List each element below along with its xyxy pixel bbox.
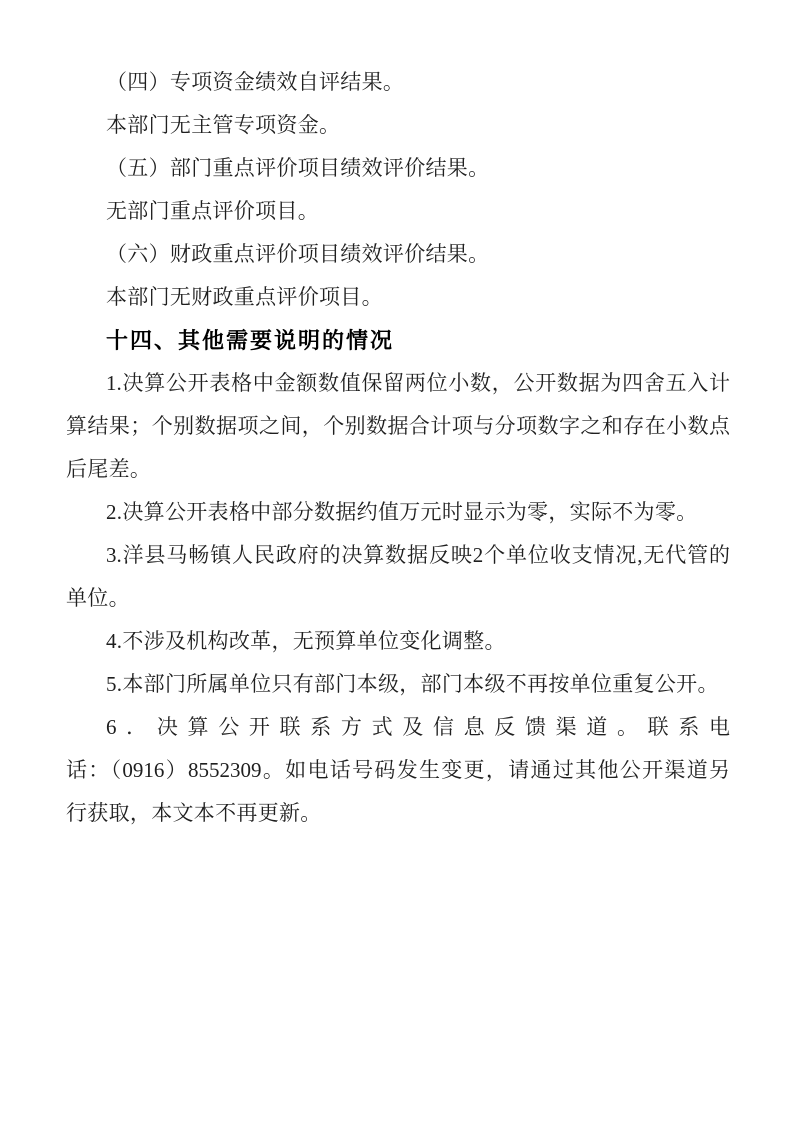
paragraph: 5.本部门所属单位只有部门本级，部门本级不再按单位重复公开。 — [66, 663, 730, 706]
body-line: 2.决算公开表格中部分数据约值万元时显示为零，实际不为零。 — [66, 491, 730, 534]
body-line: （五）部门重点评价项目绩效评价结果。 — [66, 147, 730, 190]
body-line: 1.决算公开表格中金额数值保留两位小数，公开数据为四舍五入计 — [66, 362, 730, 405]
paragraph: 6．决算公开联系方式及信息反馈渠道。联系电 话：（0916）8552309。如电… — [66, 706, 730, 835]
section: 十四、其他需要说明的情况 — [66, 319, 730, 362]
body-line: 本部门无财政重点评价项目。 — [66, 276, 730, 319]
body-line: 5.本部门所属单位只有部门本级，部门本级不再按单位重复公开。 — [66, 663, 730, 706]
body-line: 话：（0916）8552309。如电话号码发生变更，请通过其他公开渠道另 — [66, 749, 730, 792]
body-line: 算结果；个别数据项之间，个别数据合计项与分项数字之和存在小数点 — [66, 405, 730, 448]
body-line: （六）财政重点评价项目绩效评价结果。 — [66, 233, 730, 276]
body-line: 4.不涉及机构改革，无预算单位变化调整。 — [66, 620, 730, 663]
body-line: 单位。 — [66, 577, 730, 620]
section-heading: 十四、其他需要说明的情况 — [66, 319, 730, 362]
body-line: 3.洋县马畅镇人民政府的决算数据反映2个单位收支情况,无代管的 — [66, 534, 730, 577]
paragraph: 3.洋县马畅镇人民政府的决算数据反映2个单位收支情况,无代管的 单位。 — [66, 534, 730, 620]
paragraph: 本部门无主管专项资金。 — [66, 104, 730, 147]
paragraph: （六）财政重点评价项目绩效评价结果。 — [66, 233, 730, 276]
paragraph: 无部门重点评价项目。 — [66, 190, 730, 233]
paragraph: 2.决算公开表格中部分数据约值万元时显示为零，实际不为零。 — [66, 491, 730, 534]
body-line: 后尾差。 — [66, 448, 730, 491]
paragraph: （五）部门重点评价项目绩效评价结果。 — [66, 147, 730, 190]
paragraph: （四）专项资金绩效自评结果。 — [66, 61, 730, 104]
paragraph: 1.决算公开表格中金额数值保留两位小数，公开数据为四舍五入计 算结果；个别数据项… — [66, 362, 730, 491]
body-line: 无部门重点评价项目。 — [66, 190, 730, 233]
paragraph: 本部门无财政重点评价项目。 — [66, 276, 730, 319]
body-line: 6．决算公开联系方式及信息反馈渠道。联系电 — [66, 706, 730, 749]
document-page: （四）专项资金绩效自评结果。 本部门无主管专项资金。 （五）部门重点评价项目绩效… — [0, 0, 793, 1122]
paragraph: 4.不涉及机构改革，无预算单位变化调整。 — [66, 620, 730, 663]
body-line: 本部门无主管专项资金。 — [66, 104, 730, 147]
body-line: （四）专项资金绩效自评结果。 — [66, 61, 730, 104]
body-line: 行获取，本文本不再更新。 — [66, 792, 730, 835]
